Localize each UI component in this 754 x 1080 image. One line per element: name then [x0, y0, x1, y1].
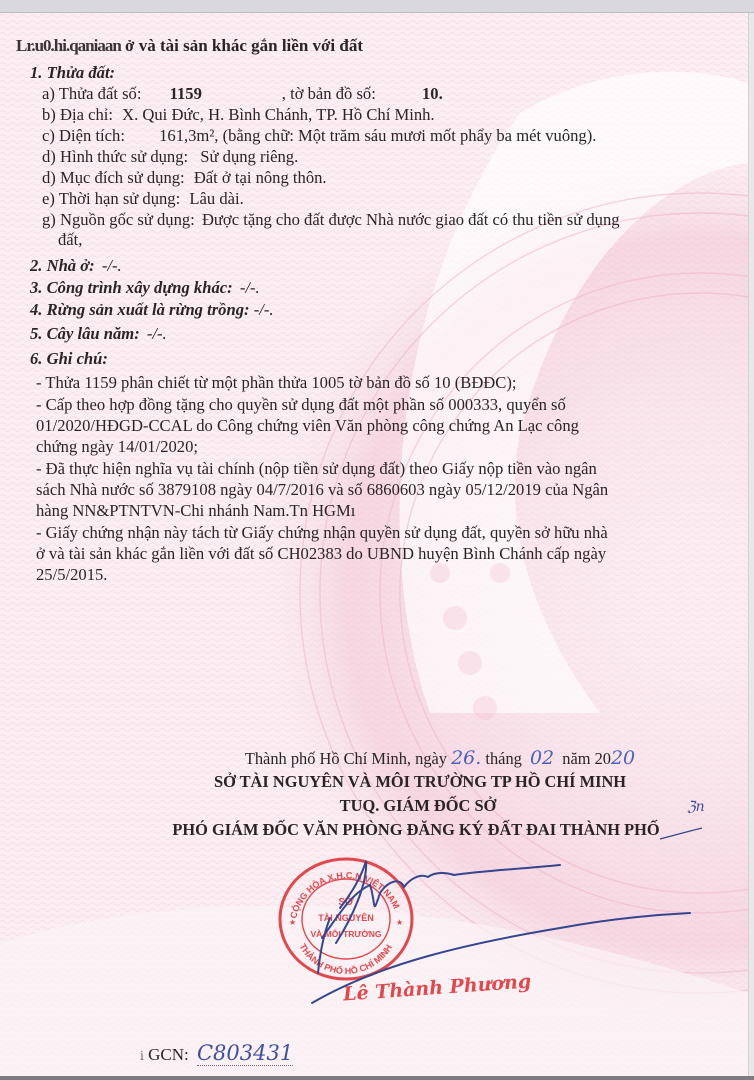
gcn-prefix-mark: ⅰ [140, 1049, 144, 1063]
handwritten-signature [0, 13, 748, 1077]
scan-top-edge [0, 0, 754, 13]
gcn-value: C803431 [197, 1041, 293, 1066]
gcn-label: GCN: [148, 1045, 189, 1064]
scan-bottom-edge [0, 1076, 754, 1080]
certificate-content: Lr.u0.hi.qaniaan ở và tài sản khác gắn l… [0, 13, 748, 1077]
certificate-page: Lr.u0.hi.qaniaan ở và tài sản khác gắn l… [0, 13, 749, 1077]
certificate-number: ⅰ GCN: C803431 [140, 1041, 293, 1065]
